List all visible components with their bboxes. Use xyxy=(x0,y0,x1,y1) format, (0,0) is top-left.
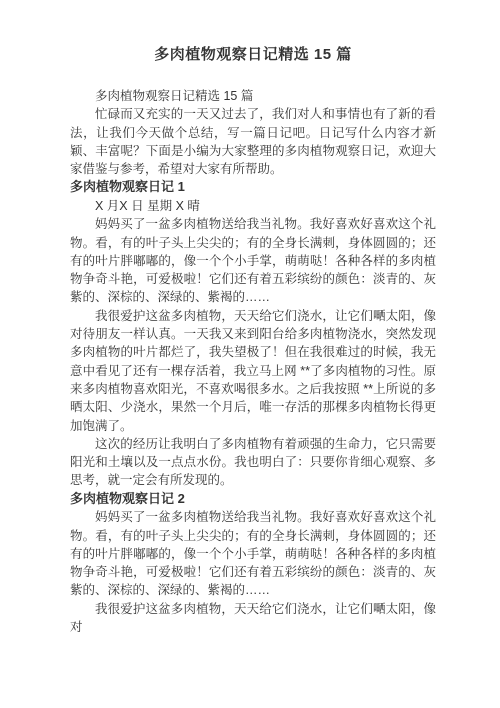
document-body: 多肉植物观察日记精选 15 篇忙碌而又充实的一天又过去了，我们对人和事情也有了新… xyxy=(70,87,436,636)
paragraph: 妈妈买了一盆多肉植物送给我当礼物。我好喜欢好喜欢这个礼物。看，有的叶子头上尖尖的… xyxy=(70,508,436,599)
section-heading: 多肉植物观察日记 1 xyxy=(70,178,436,197)
paragraph: X 月X 日 星期 X 晴 xyxy=(70,197,436,215)
section-heading: 多肉植物观察日记 2 xyxy=(70,490,436,509)
document-page: 多肉植物观察日记精选 15 篇 多肉植物观察日记精选 15 篇忙碌而又充实的一天… xyxy=(0,0,500,708)
paragraph: 这次的经历让我明白了多肉植物有着顽强的生命力，它只需要阳光和土壤以及一点点水份。… xyxy=(70,435,436,490)
paragraph: 我很爱护这盆多肉植物，天天给它们浇水，让它们嗮太阳，像对待朋友一样认真。一天我又… xyxy=(70,307,436,435)
paragraph: 多肉植物观察日记精选 15 篇 xyxy=(70,87,436,105)
paragraph: 我很爱护这盆多肉植物，天天给它们浇水，让它们嗮太阳，像对 xyxy=(70,600,436,637)
paragraph: 妈妈买了一盆多肉植物送给我当礼物。我好喜欢好喜欢这个礼物。看，有的叶子头上尖尖的… xyxy=(70,215,436,306)
document-title: 多肉植物观察日记精选 15 篇 xyxy=(70,45,436,65)
paragraph: 忙碌而又充实的一天又过去了，我们对人和事情也有了新的看法，让我们今天做个总结，写… xyxy=(70,105,436,178)
